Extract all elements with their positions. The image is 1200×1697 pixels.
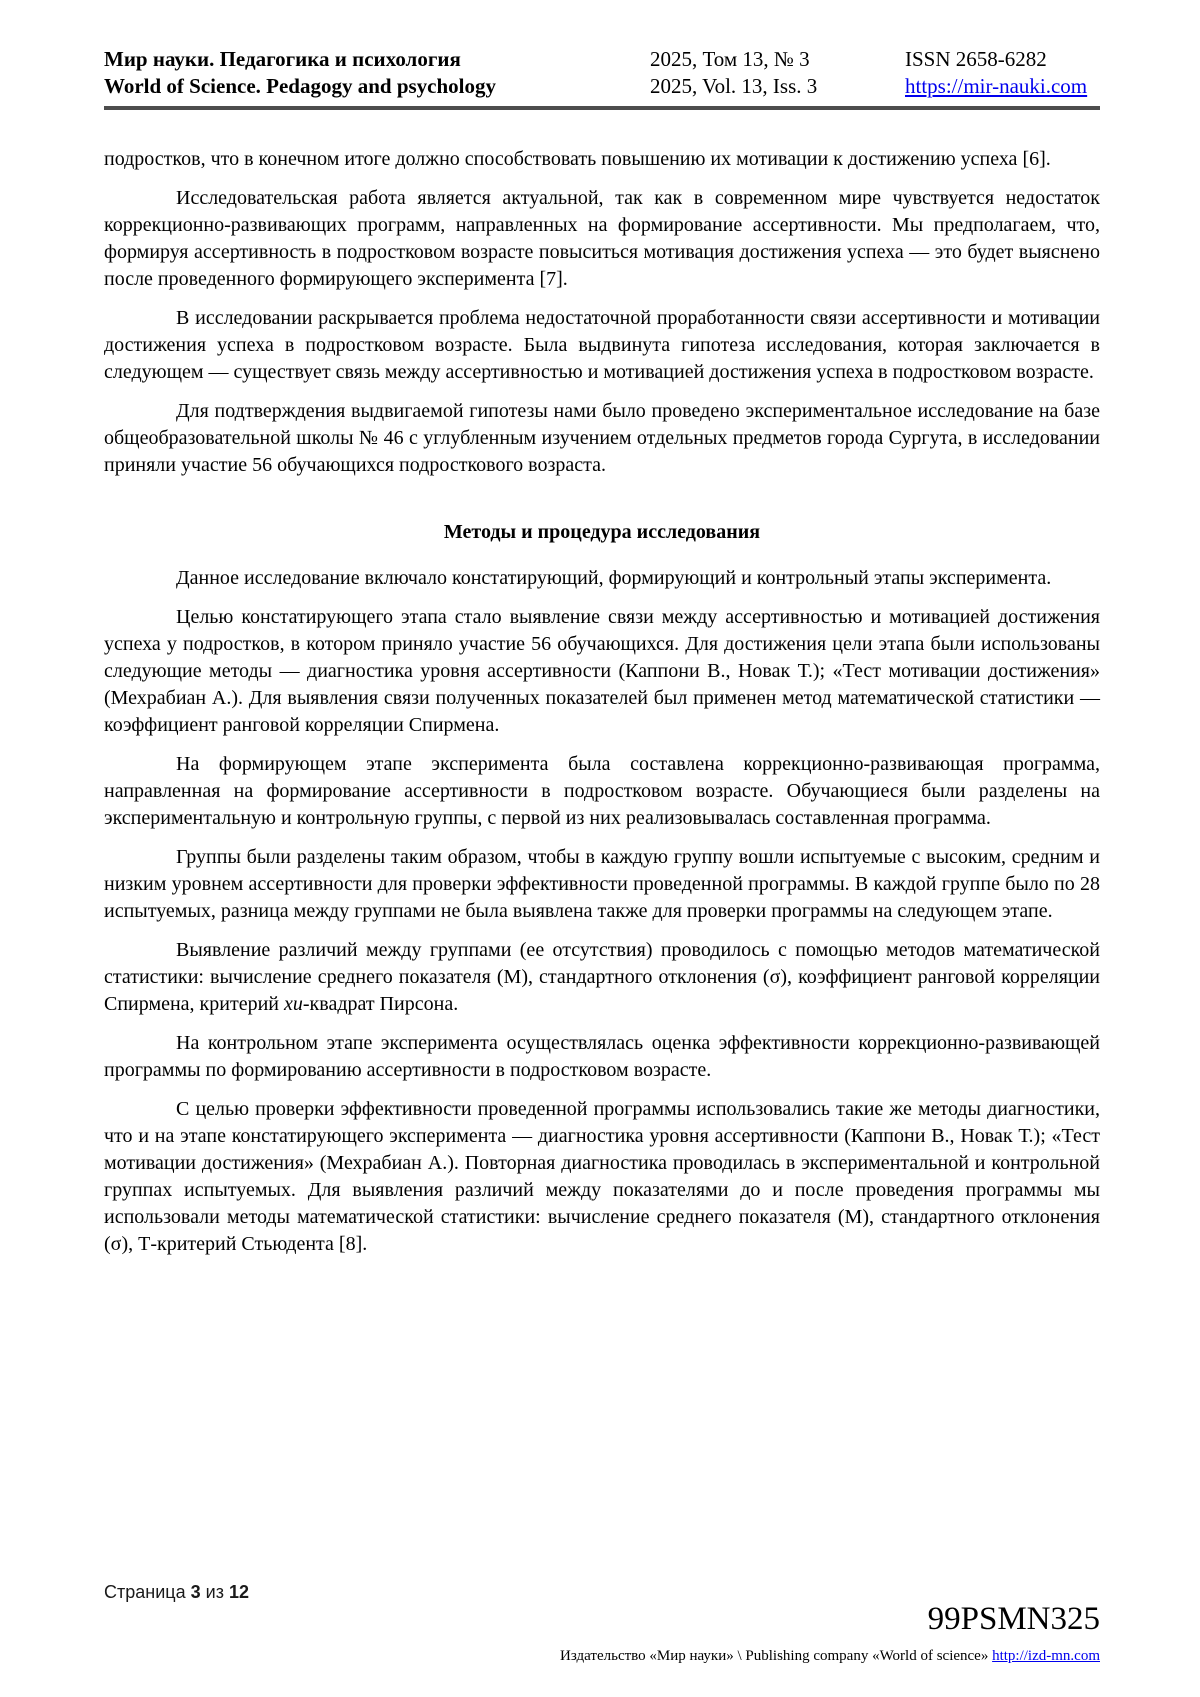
paragraph: На контрольном этапе эксперимента осущес… [104,1030,1100,1084]
publisher-line: Издательство «Мир науки» \ Publishing co… [560,1648,1100,1665]
publisher-separator: \ [738,1648,742,1664]
section-heading: Методы и процедура исследования [104,519,1100,546]
journal-site-link[interactable]: https://mir-nauki.com [905,74,1087,98]
issn-label: ISSN 2658-6282 [905,46,1100,73]
paragraph: Данное исследование включало констатирую… [104,565,1100,592]
publisher-site-link[interactable]: http://izd-mn.com [992,1648,1100,1664]
page-counter-number: 3 [191,1582,201,1602]
page-counter-of: из [206,1582,224,1602]
journal-titles: Мир науки. Педагогика и психология World… [104,46,640,100]
paragraph: Группы были разделены таким образом, что… [104,844,1100,925]
issue-info-ru: 2025, Том 13, № 3 [650,46,895,73]
paragraph: подростков, что в конечном итоге должно … [104,146,1100,173]
journal-issue: 2025, Том 13, № 3 2025, Vol. 13, Iss. 3 [650,46,895,100]
paragraph: На формирующем этапе эксперимента была с… [104,751,1100,832]
journal-title-ru: Мир науки. Педагогика и психология [104,46,640,73]
paragraph: Исследовательская работа является актуал… [104,185,1100,293]
publisher-ru: Издательство «Мир науки» [560,1648,734,1664]
paragraph: В исследовании раскрывается проблема нед… [104,305,1100,386]
paragraph: Для подтверждения выдвигаемой гипотезы н… [104,398,1100,479]
journal-header: Мир науки. Педагогика и психология World… [104,46,1100,110]
paragraph-text: Выявление различий между группами (ее от… [104,939,1100,1015]
publisher-en: Publishing company «World of science» [745,1648,988,1664]
paper-code: 99PSMN325 [928,1601,1100,1637]
page-counter: Страница 3 из 12 [104,1582,249,1603]
italic-term: хи [284,993,303,1015]
page-counter-total: 12 [229,1582,249,1602]
document-page: Мир науки. Педагогика и психология World… [0,0,1200,1258]
issue-info-en: 2025, Vol. 13, Iss. 3 [650,73,895,100]
journal-title-en: World of Science. Pedagogy and psycholog… [104,73,640,100]
journal-ids: ISSN 2658-6282 https://mir-nauki.com [905,46,1100,100]
page-counter-prefix: Страница [104,1582,186,1602]
article-body: подростков, что в конечном итоге должно … [104,146,1100,1258]
paragraph-text: -квадрат Пирсона. [303,993,458,1015]
paragraph: С целью проверки эффективности проведенн… [104,1096,1100,1258]
paragraph: Выявление различий между группами (ее от… [104,937,1100,1018]
paragraph: Целью констатирующего этапа стало выявле… [104,604,1100,739]
